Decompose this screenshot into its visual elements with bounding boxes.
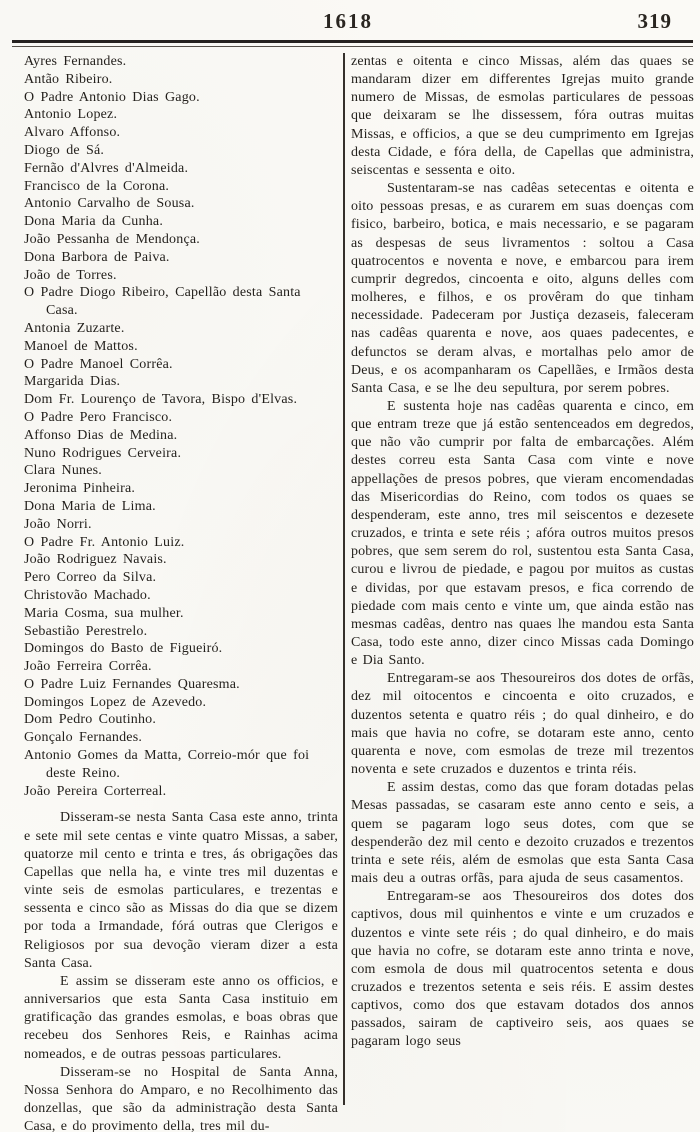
name-list-item: Jeronima Pinheira.	[24, 480, 338, 498]
name-list-item: Dona Maria de Lima.	[24, 498, 338, 516]
name-list-item: Gonçalo Fernandes.	[24, 729, 338, 747]
header-rule	[12, 40, 693, 47]
right-column: zentas e oitenta e cinco Missas, além da…	[346, 53, 694, 1052]
right-column-paragraphs: zentas e oitenta e cinco Missas, além da…	[351, 53, 694, 1052]
name-list-item: Dona Maria da Cunha.	[24, 213, 338, 231]
header-year: 1618	[323, 9, 373, 34]
paragraph: E sustenta hoje nas cadêas quarenta e ci…	[351, 398, 694, 670]
name-list-item: Francisco de la Corona.	[24, 178, 338, 196]
name-list-item: O Padre Fr. Antonio Luiz.	[24, 534, 338, 552]
name-list-item: João Norri.	[24, 516, 338, 534]
name-list-item: O Padre Luiz Fernandes Quaresma.	[24, 676, 338, 694]
text-columns: Ayres Fernandes.Antão Ribeiro.O Padre An…	[12, 53, 694, 1132]
name-list-item: Alvaro Affonso.	[24, 124, 338, 142]
name-list-item: João de Torres.	[24, 267, 338, 285]
paragraph: Sustentaram-se nas cadêas setecentas e o…	[351, 180, 694, 398]
name-list-item: Sebastião Perestrelo.	[24, 623, 338, 641]
name-list-item: O Padre Diogo Ribeiro, Capellão desta Sa…	[24, 284, 338, 320]
name-list-item: João Pessanha de Mendonça.	[24, 231, 338, 249]
name-list-item: João Pereira Corterreal.	[24, 783, 338, 801]
name-list-item: Nuno Rodrigues Cerveira.	[24, 445, 338, 463]
paragraph: E assim se disseram este anno os officio…	[24, 973, 338, 1064]
name-list-item: Fernão d'Alvres d'Almeida.	[24, 160, 338, 178]
left-column: Ayres Fernandes.Antão Ribeiro.O Padre An…	[12, 53, 342, 1132]
name-list-item: Antonia Zuzarte.	[24, 320, 338, 338]
paragraph: Entregaram-se aos Thesoureiros dos dotes…	[351, 670, 694, 779]
name-list-item: Dom Pedro Coutinho.	[24, 711, 338, 729]
paragraph: zentas e oitenta e cinco Missas, além da…	[351, 53, 694, 180]
name-list-item: Domingos do Basto de Figueiró.	[24, 640, 338, 658]
name-list-item: O Padre Manoel Corrêa.	[24, 356, 338, 374]
name-list-item: Maria Cosma, sua mulher.	[24, 605, 338, 623]
name-list-item: Antonio Lopez.	[24, 106, 338, 124]
name-list-item: Manoel de Mattos.	[24, 338, 338, 356]
paragraph: Disseram-se nesta Santa Casa este anno, …	[24, 809, 338, 972]
left-column-paragraphs: Disseram-se nesta Santa Casa este anno, …	[24, 809, 338, 1132]
name-list-item: Clara Nunes.	[24, 462, 338, 480]
name-list-item: João Rodriguez Navais.	[24, 551, 338, 569]
paragraph: Disseram-se no Hospital de Santa Anna, N…	[24, 1064, 338, 1132]
name-list-item: Antonio Gomes da Matta, Correio-mór que …	[24, 747, 338, 783]
column-divider	[343, 53, 345, 1105]
name-list-item: João Ferreira Corrêa.	[24, 658, 338, 676]
name-list-item: Antonio Carvalho de Sousa.	[24, 195, 338, 213]
name-list-item: Pero Correo da Silva.	[24, 569, 338, 587]
name-list-item: Christovão Machado.	[24, 587, 338, 605]
memorial-name-list: Ayres Fernandes.Antão Ribeiro.O Padre An…	[24, 53, 338, 800]
paragraph: Entregaram-se aos Thesoureiros dos dotes…	[351, 888, 694, 1051]
name-list-item: O Padre Pero Francisco.	[24, 409, 338, 427]
name-list-item: O Padre Antonio Dias Gago.	[24, 89, 338, 107]
page-number: 319	[638, 9, 673, 34]
name-list-item: Margarida Dias.	[24, 373, 338, 391]
name-list-item: Affonso Dias de Medina.	[24, 427, 338, 445]
name-list-item: Diogo de Sá.	[24, 142, 338, 160]
name-list-item: Antão Ribeiro.	[24, 71, 338, 89]
scanned-book-page: 1618 319 Ayres Fernandes.Antão Ribeiro.O…	[0, 0, 700, 1132]
name-list-item: Dona Barbora de Paiva.	[24, 249, 338, 267]
paragraph: E assim destas, como das que foram dotad…	[351, 779, 694, 888]
name-list-item: Dom Fr. Lourenço de Tavora, Bispo d'Elva…	[24, 391, 338, 409]
name-list-item: Domingos Lopez de Azevedo.	[24, 694, 338, 712]
name-list-item: Ayres Fernandes.	[24, 53, 338, 71]
